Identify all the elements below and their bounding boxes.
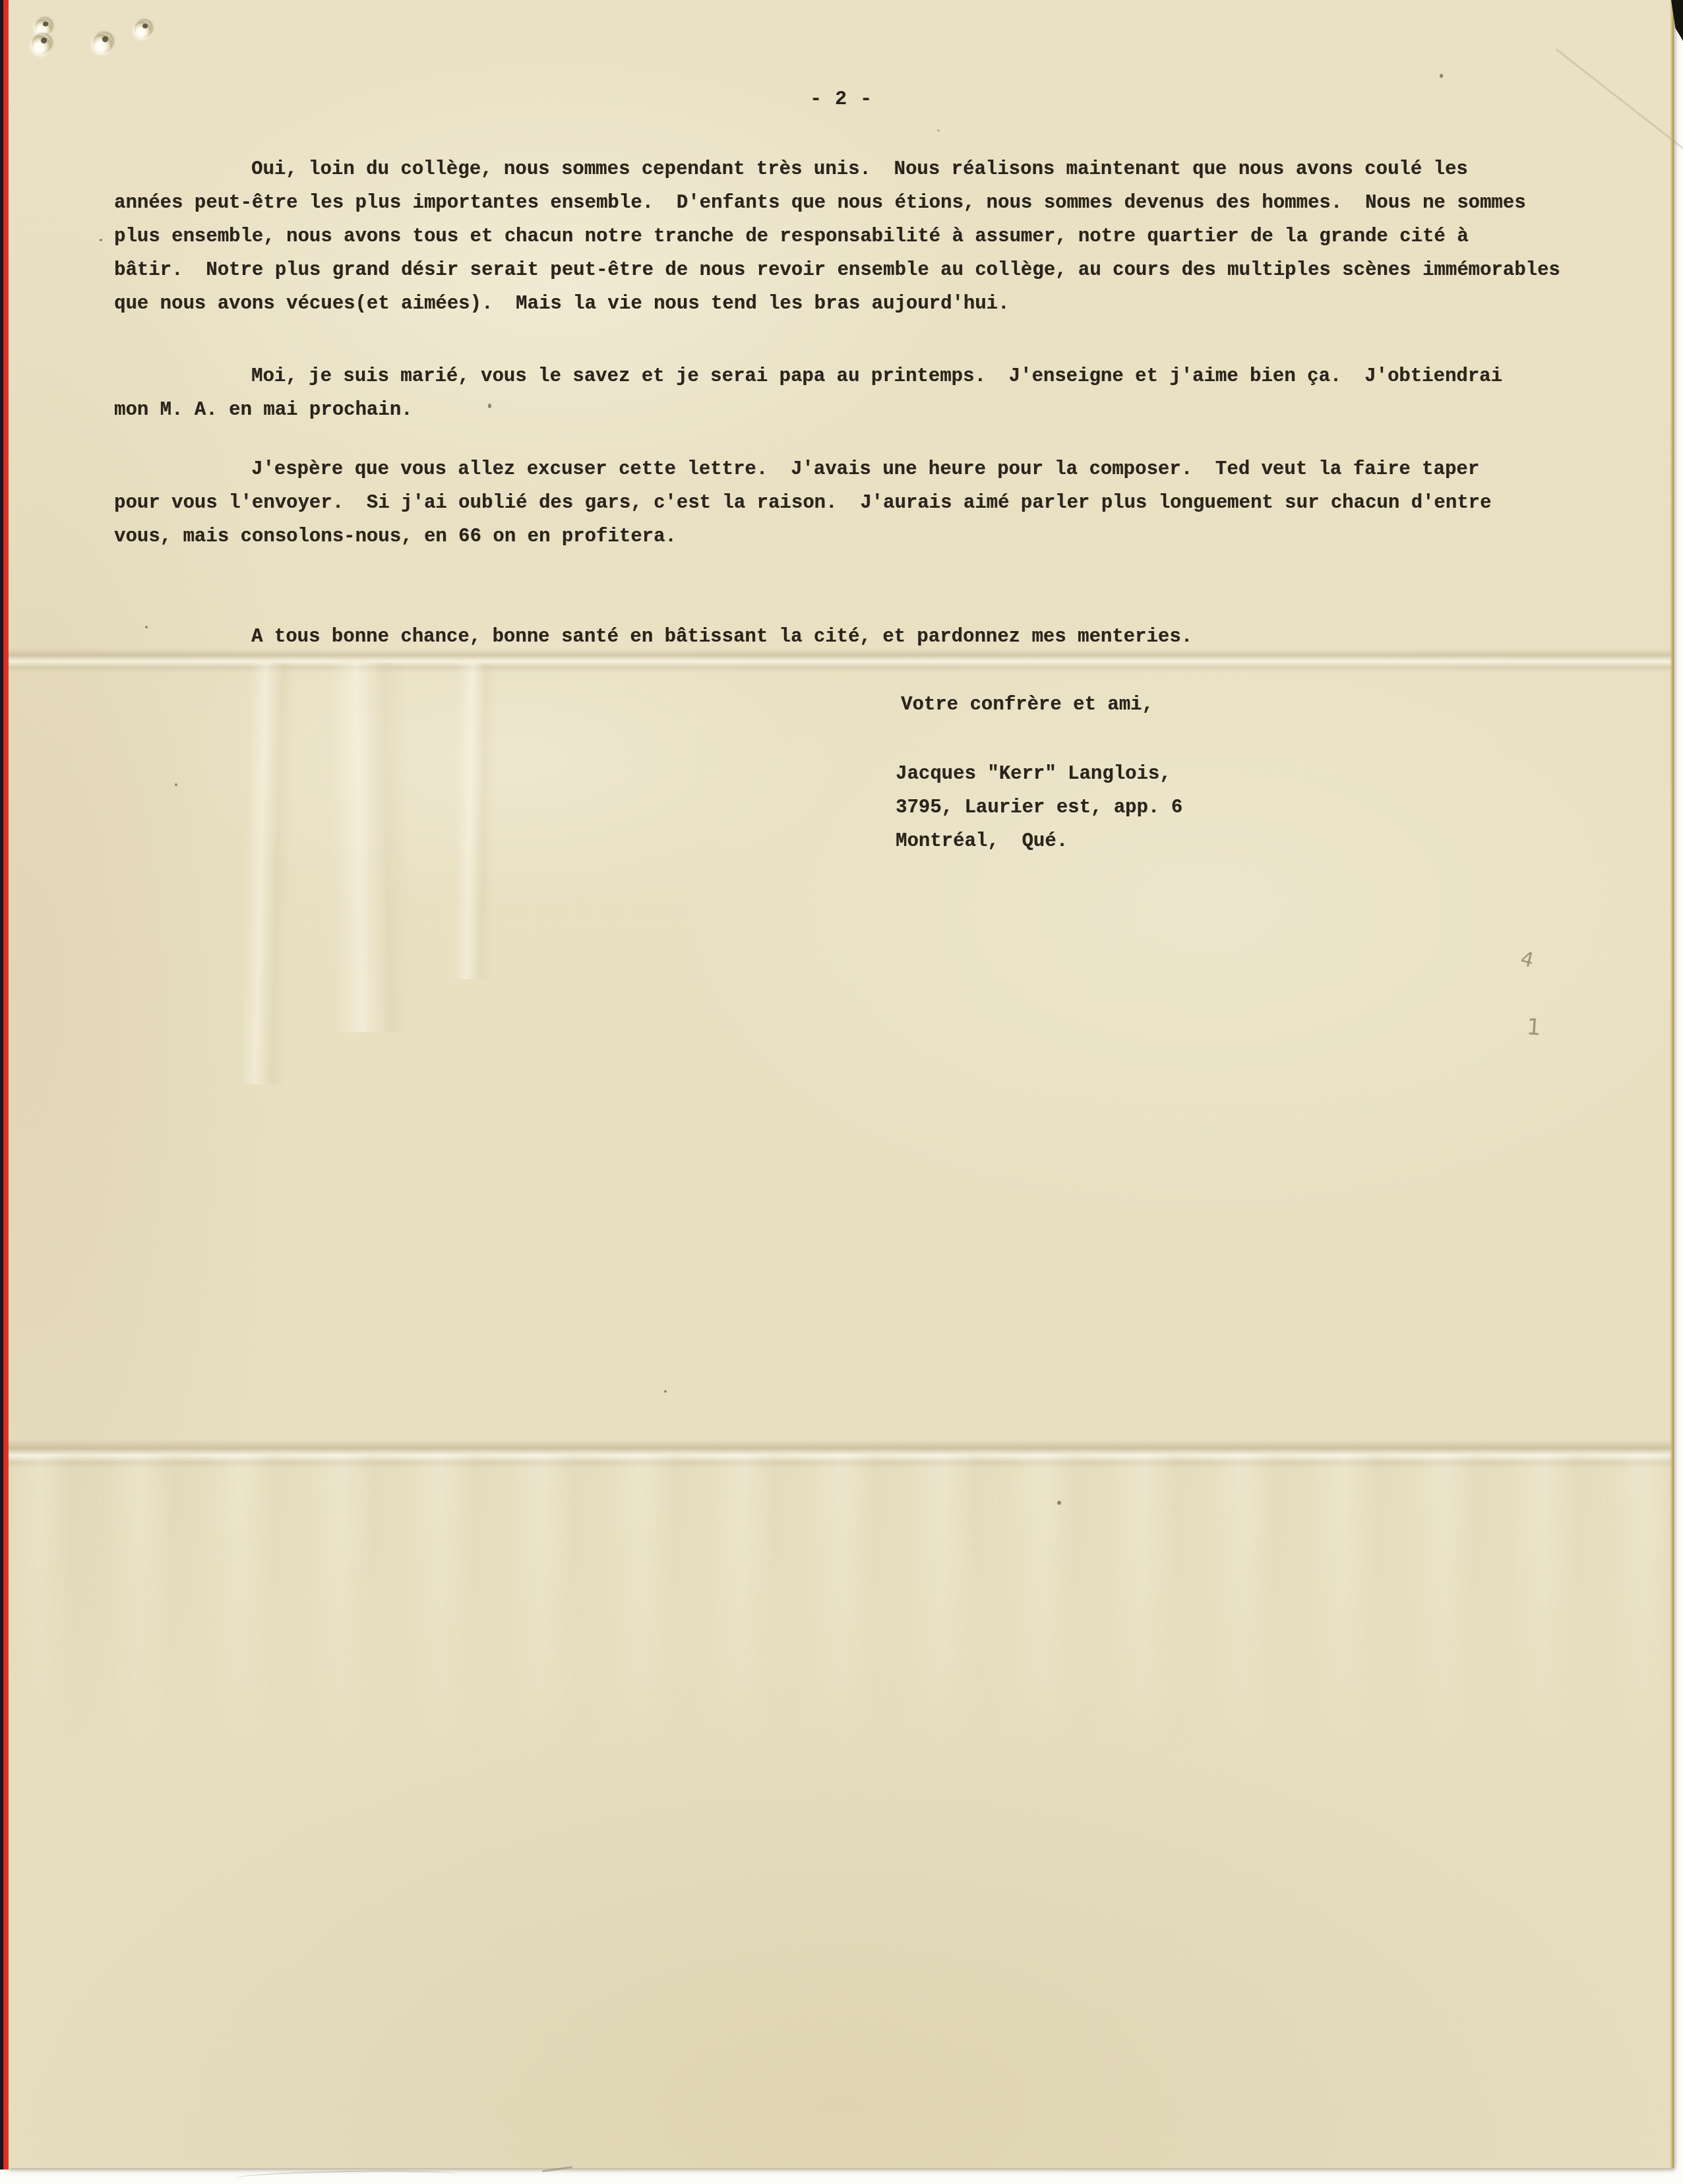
paragraph-2: Moi, je suis marié, vous le savez et je … (114, 359, 1560, 427)
signature-block: Jacques "Kerr" Langlois,3795, Laurier es… (896, 757, 1182, 858)
ink-speck (1057, 1501, 1061, 1505)
signature-line: 3795, Laurier est, app. 6 (896, 791, 1182, 824)
ink-speck (145, 626, 148, 628)
letter-line: Moi, je suis marié, vous le savez et je … (114, 359, 1560, 393)
letter-line: J'espère que vous allez excuser cette le… (114, 452, 1560, 486)
vertical-crease-shadow (328, 662, 414, 1033)
scanner-edge-red-bar (3, 0, 9, 2169)
ink-speck (937, 129, 940, 132)
letter-paper: - 2 - Oui, loin du collège, nous sommes … (9, 0, 1674, 2168)
letter-line: que nous avons vécues(et aimées). Mais l… (114, 287, 1560, 320)
paragraph-1: Oui, loin du collège, nous sommes cepend… (114, 152, 1560, 320)
ink-speck (175, 783, 177, 786)
closing-line: Votre confrère et ami, (901, 688, 1153, 721)
vertical-crease-shadow (239, 662, 297, 1085)
scanner-strip-scratch (237, 2169, 455, 2183)
letter-line: années peut-être les plus importantes en… (114, 186, 1560, 220)
signature-line: Montréal, Qué. (896, 824, 1182, 858)
letter-body: Oui, loin du collège, nous sommes cepend… (114, 152, 1560, 653)
paragraph-4: A tous bonne chance, bonne santé en bâti… (114, 620, 1560, 653)
letter-line: vous, mais consolons-nous, en 66 on en p… (114, 520, 1560, 553)
ink-speck (1440, 74, 1443, 78)
ink-speck (664, 1390, 667, 1393)
vertical-crease-shadow (453, 663, 498, 980)
scanned-letter-page: - 2 - Oui, loin du collège, nous sommes … (0, 0, 1683, 2184)
page-number: - 2 - (9, 83, 1674, 117)
ink-speck (100, 239, 102, 241)
letter-line: bâtir. Notre plus grand désir serait peu… (114, 253, 1560, 287)
letter-line: Oui, loin du collège, nous sommes cepend… (114, 152, 1560, 186)
signature-line: Jacques "Kerr" Langlois, (896, 757, 1182, 791)
paragraph-3: J'espère que vous allez excuser cette le… (114, 452, 1560, 553)
letter-line: mon M. A. en mai prochain. (114, 393, 1560, 427)
pencil-mark: 1 (1526, 1014, 1542, 1041)
pencil-mark: 4 (1518, 947, 1536, 973)
letter-line: pour vous l'envoyer. Si j'ai oublié des … (114, 486, 1560, 520)
fold-shadow-streaks (9, 1454, 1674, 1764)
staple-mark (93, 33, 113, 53)
letter-line: A tous bonne chance, bonne santé en bâti… (114, 620, 1560, 653)
staple-mark (135, 20, 152, 38)
letter-line: plus ensemble, nous avons tous et chacun… (114, 220, 1560, 253)
staple-mark (32, 34, 51, 54)
ink-speck (488, 404, 491, 408)
staple-mark (35, 18, 52, 36)
